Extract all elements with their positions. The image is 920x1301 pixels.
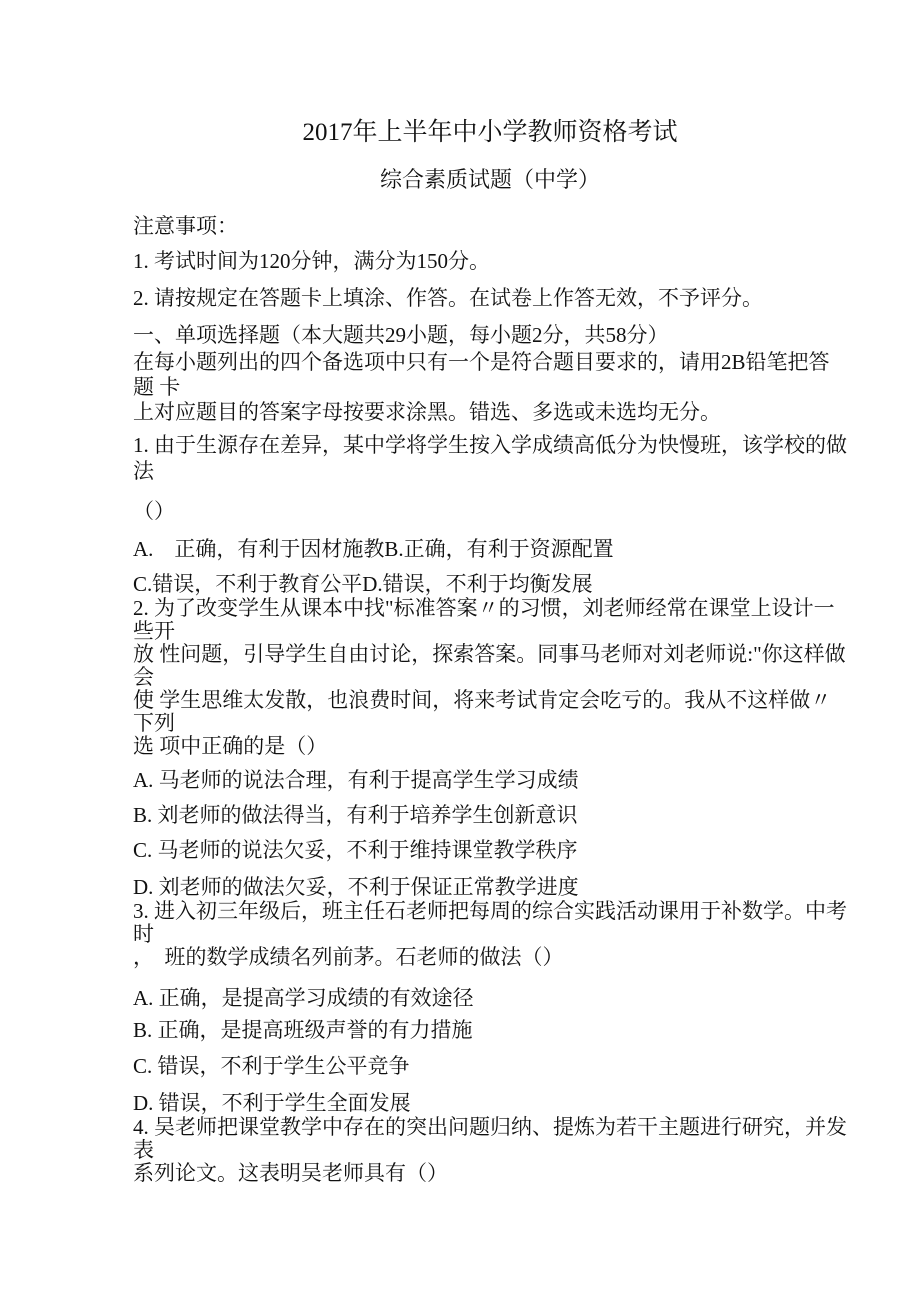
question-1-blank: （） [133,498,847,524]
doc-title: 2017年上半年中小学教师资格考试 [133,118,847,148]
question-2-option-c: C. 马老师的说法欠妥，不利于维持课堂教学秩序 [133,837,847,863]
section-heading: 一、单项选择题（本大题共29小题，每小题2分，共58分） [133,322,847,348]
question-3-option-a: A. 正确，是提高学习成绩的有效途径 [133,985,847,1011]
notice-heading: 注意事项： [133,213,847,239]
section-instructions: 在每小题列出的四个备选项中只有一个是符合题目要求的，请用2B铅笔把答题 卡 上对… [133,350,847,425]
doc-subtitle: 综合素质试题（中学） [133,165,847,195]
question-1-options-ab: A. 正确，有利于因材施教B.正确，有利于资源配置 [133,536,847,562]
notice-item-2: 2. 请按规定在答题卡上填涂、作答。在试卷上作答无效，不予评分。 [133,285,847,311]
question-1-options-cd: C.错误，不利于教育公平D.错误，不利于均衡发展 [133,571,847,597]
question-3-option-d: D. 错误，不利于学生全面发展 [133,1090,847,1116]
question-1-stem: 1. 由于生源存在差异，某中学将学生按入学成绩高低分为快慢班，该学校的做法 [133,432,847,484]
question-4-stem: 4. 吴老师把课堂教学中存在的突出问题归纳、提炼为若干主题进行研究，并发表 系列… [133,1116,847,1185]
question-3-stem: 3. 进入初三年级后，班主任石老师把每周的综合实践活动课用于补数学。中考时 ， … [133,900,847,969]
question-3-option-c: C. 错误，不利于学生公平竞争 [133,1053,847,1079]
question-3-option-b: B. 正确，是提高班级声誉的有力措施 [133,1017,847,1043]
exam-paper-page: 2017年上半年中小学教师资格考试 综合素质试题（中学） 注意事项： 1. 考试… [0,0,920,1301]
question-2-stem: 2. 为了改变学生从课本中找"标准答案〃的习惯，刘老师经常在课堂上设计一些开 放… [133,597,847,758]
document-content: 2017年上半年中小学教师资格考试 综合素质试题（中学） 注意事项： 1. 考试… [133,0,847,1185]
question-2-option-d: D. 刘老师的做法欠妥，不利于保证正常教学进度 [133,874,847,900]
question-2-option-b: B. 刘老师的做法得当，有利于培养学生创新意识 [133,802,847,828]
question-2-option-a: A. 马老师的说法合理，有利于提高学生学习成绩 [133,767,847,793]
notice-item-1: 1. 考试时间为120分钟，满分为150分。 [133,248,847,274]
